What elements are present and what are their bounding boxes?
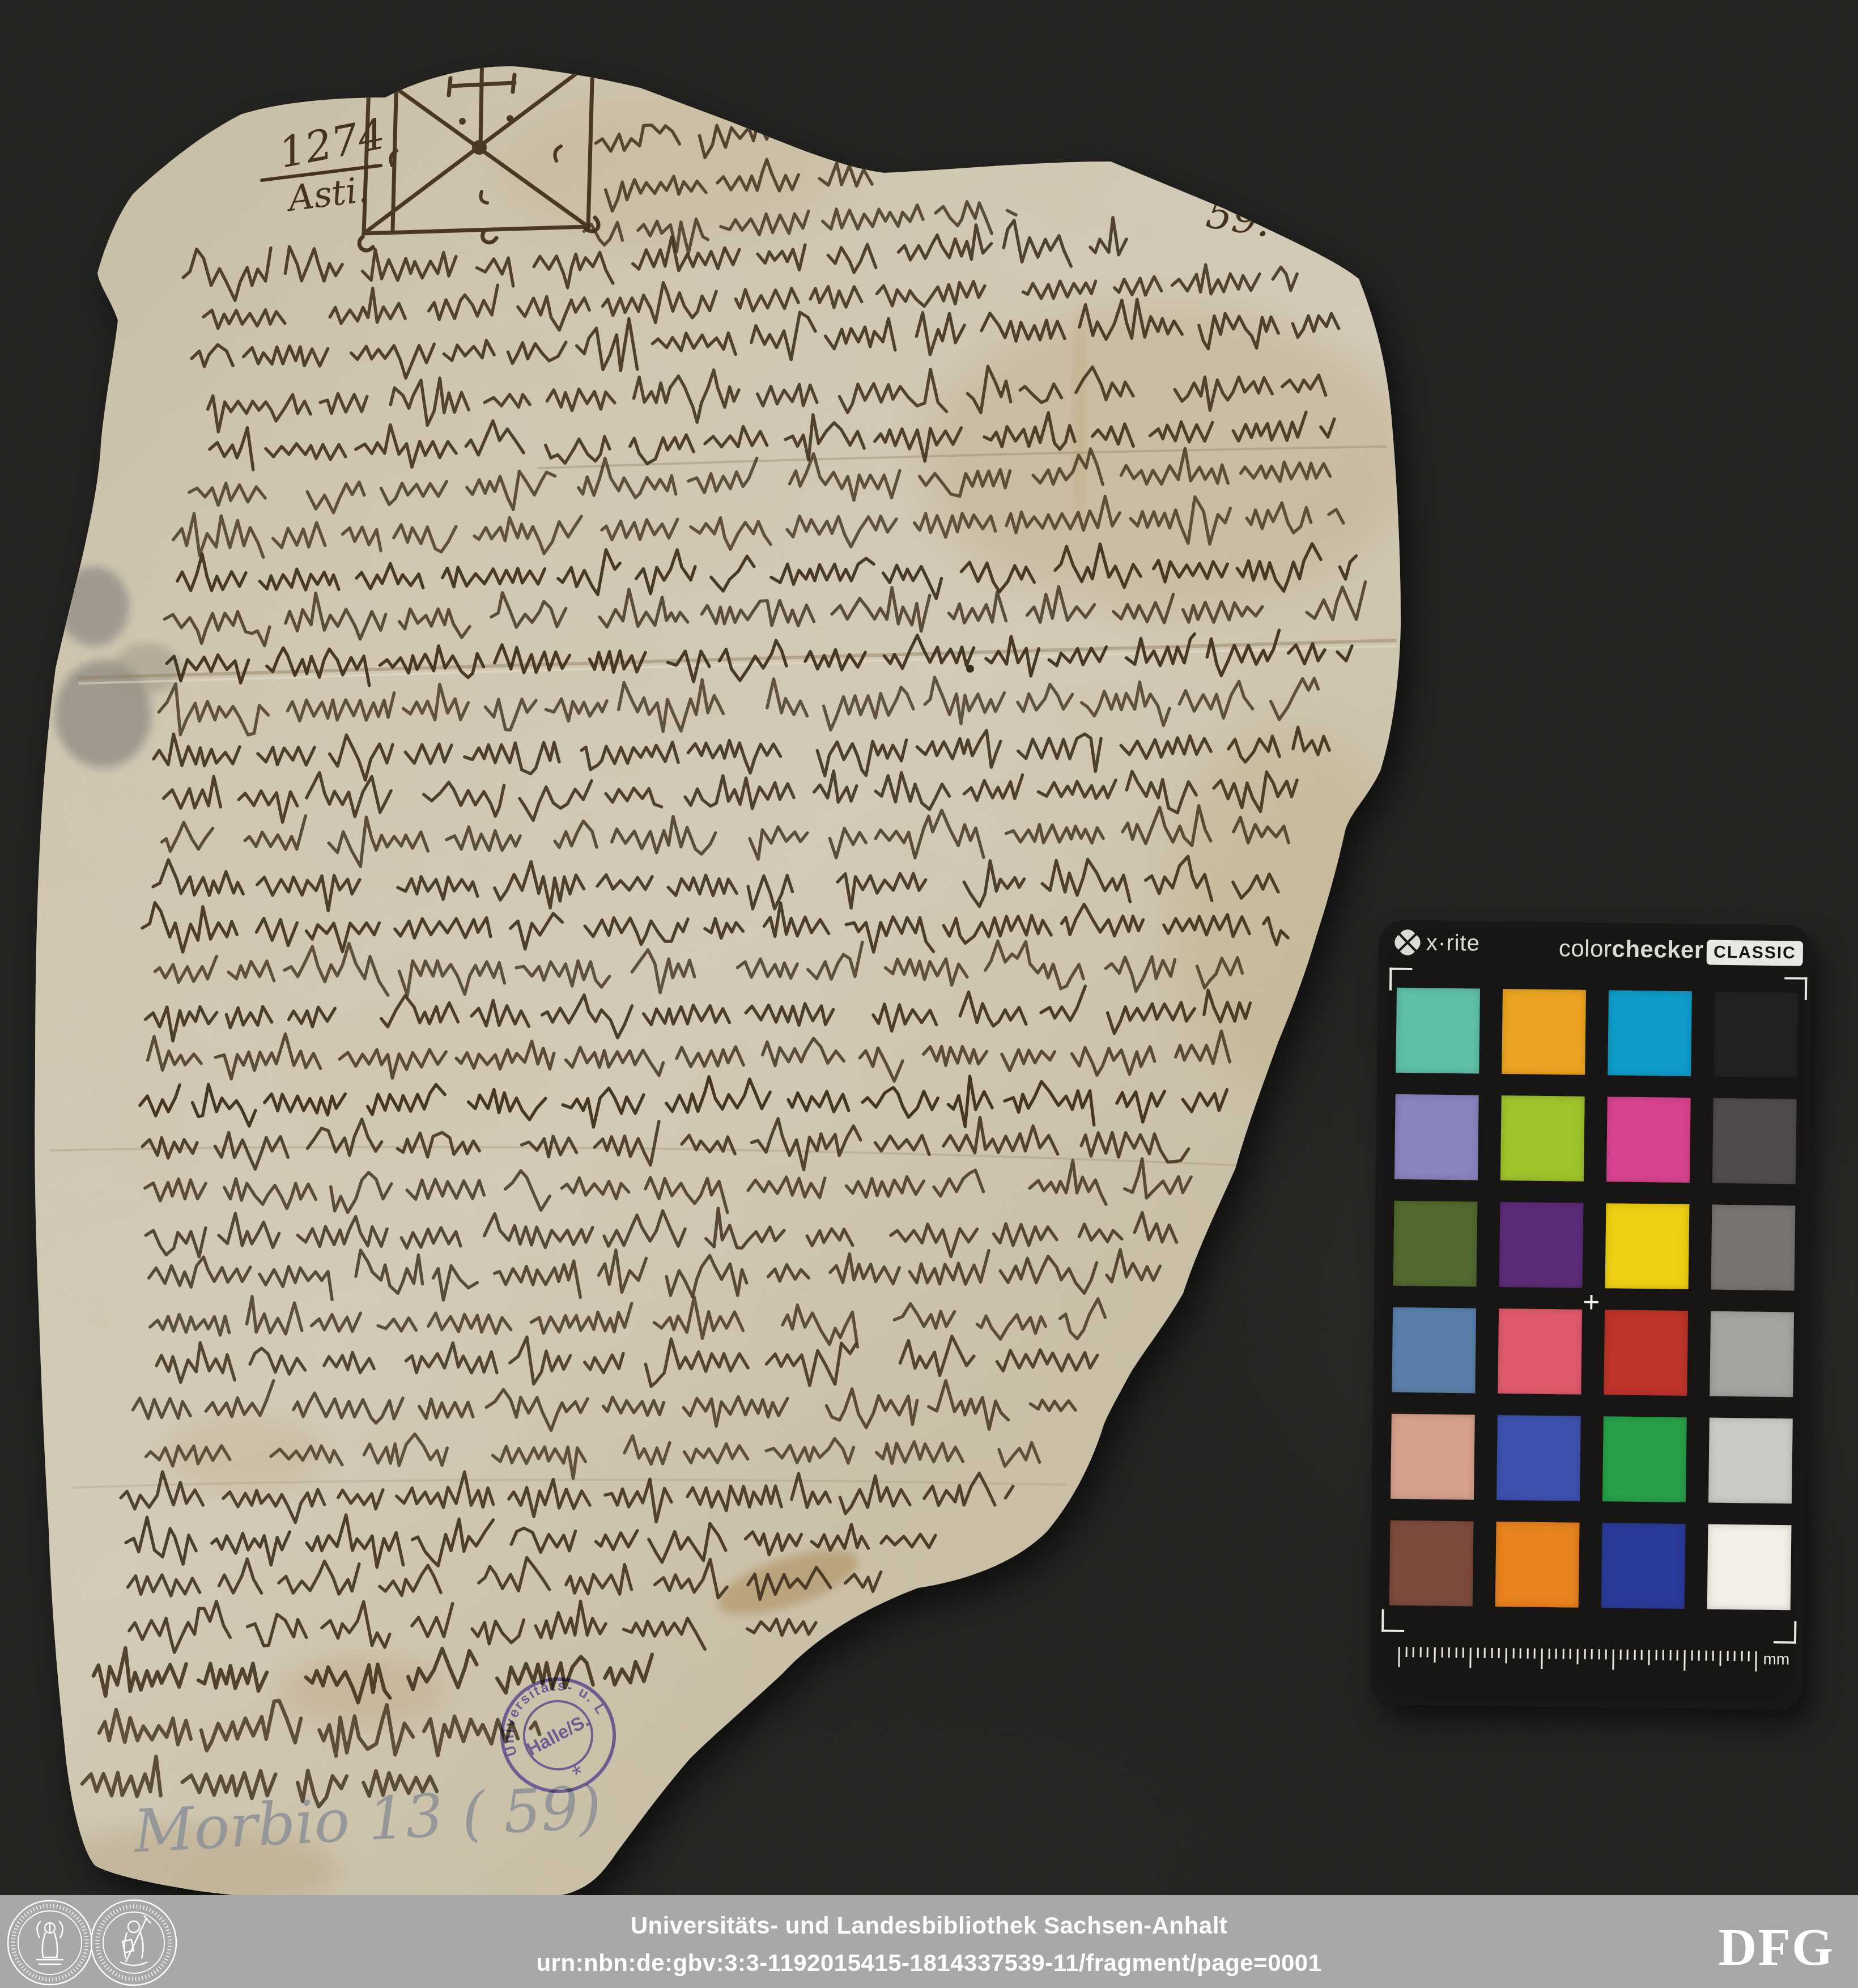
ruler-tick	[1498, 1648, 1500, 1658]
color-patch-r1c2	[1502, 989, 1586, 1075]
color-patch-r5c2	[1496, 1415, 1581, 1501]
color-patch-r4c4	[1710, 1311, 1794, 1397]
ruler-tick	[1505, 1648, 1507, 1663]
ruler-tick	[1612, 1650, 1614, 1670]
ruler-tick	[1527, 1649, 1528, 1659]
xrite-logo: x·rite	[1394, 929, 1480, 957]
ruler-tick	[1548, 1649, 1550, 1659]
ruler-tick	[1698, 1650, 1700, 1660]
ruler-tick	[1719, 1651, 1721, 1666]
ruler-tick	[1584, 1649, 1585, 1659]
ruler-tick	[1691, 1650, 1693, 1660]
ruler-tick	[1484, 1648, 1486, 1658]
ruler-tick	[1627, 1650, 1629, 1660]
color-patch-r2c3	[1606, 1097, 1691, 1183]
colorchecker-title-light: color	[1559, 934, 1612, 962]
color-patch-r4c2	[1498, 1309, 1582, 1395]
color-patch-r5c1	[1391, 1414, 1475, 1500]
ruler-tick	[1469, 1647, 1471, 1668]
colorchecker-title: colorchecker	[1559, 934, 1704, 963]
university-seal-left-icon	[6, 1898, 94, 1987]
parchment-surface-details: 1274 Asti. 59. Morbio 13 ( 59) Universit…	[35, 43, 1411, 1915]
ruler-tick	[1520, 1649, 1521, 1659]
ruler-tick	[1755, 1651, 1757, 1672]
ruler-tick	[1448, 1647, 1450, 1658]
digitized-manuscript-page: 1274 Asti. 59. Morbio 13 ( 59) Universit…	[0, 0, 1858, 1988]
ruler-tick	[1405, 1647, 1407, 1657]
ruler-tick	[1727, 1651, 1728, 1661]
color-patch-r6c4	[1707, 1524, 1792, 1611]
ruler-tick	[1441, 1647, 1443, 1658]
registration-bracket-bottom-right	[1774, 1621, 1796, 1643]
library-name: Universitäts- und Landesbibliothek Sachs…	[306, 1912, 1553, 1939]
ruler-tick	[1683, 1650, 1685, 1671]
ruler-tick	[1648, 1650, 1649, 1665]
color-patch-r2c1	[1394, 1094, 1479, 1180]
ruler-tick	[1576, 1649, 1578, 1664]
ruler-tick	[1534, 1649, 1536, 1659]
ruler-tick	[1562, 1649, 1564, 1659]
ruler-tick	[1741, 1651, 1742, 1661]
color-patch-r6c3	[1601, 1523, 1686, 1609]
ruler-tick	[1398, 1647, 1400, 1667]
classic-badge: CLASSIC	[1707, 940, 1803, 966]
ruler-tick	[1634, 1650, 1635, 1660]
metadata-footer-bar: Universitäts- und Landesbibliothek Sachs…	[0, 1895, 1858, 1988]
university-seal-right-icon	[90, 1898, 178, 1987]
ruler-tick	[1663, 1650, 1664, 1660]
color-patch-r3c1	[1393, 1201, 1478, 1287]
ruler-tick	[1555, 1649, 1557, 1659]
color-patch-r4c1	[1392, 1307, 1476, 1394]
ruler-tick	[1705, 1651, 1707, 1661]
color-patch-r6c2	[1495, 1522, 1580, 1608]
color-patch-r4c3	[1604, 1310, 1688, 1396]
dfg-logo: DFG	[1719, 1917, 1834, 1978]
ruler-unit-label: mm	[1763, 1650, 1789, 1669]
color-patch-r1c4	[1714, 992, 1798, 1078]
ruler-tick	[1655, 1650, 1657, 1660]
colorchecker-header: x·rite colorchecker CLASSIC	[1379, 920, 1813, 970]
ruler-tick	[1677, 1650, 1678, 1660]
ruler-tick	[1669, 1650, 1671, 1660]
ruler-tick	[1427, 1647, 1428, 1658]
ruler-tick	[1641, 1650, 1643, 1660]
color-patch-r3c3	[1605, 1203, 1690, 1289]
color-patch-r1c3	[1608, 990, 1692, 1076]
ruler-tick	[1598, 1649, 1600, 1659]
ruler-tick	[1413, 1647, 1414, 1657]
color-patch-r5c4	[1708, 1418, 1793, 1504]
ruler-tick	[1712, 1651, 1714, 1661]
xrite-x-icon	[1394, 929, 1421, 956]
color-patch-r2c2	[1500, 1095, 1585, 1182]
color-patch-r1c1	[1396, 988, 1480, 1074]
ruler-tick	[1748, 1651, 1750, 1661]
color-patch-r6c1	[1389, 1520, 1474, 1607]
ruler-tick	[1541, 1649, 1542, 1669]
registration-bracket-bottom-left	[1381, 1609, 1404, 1632]
ruler-tick	[1491, 1648, 1493, 1658]
center-cross-mark: +	[1583, 1285, 1600, 1319]
footer-text-block: Universitäts- und Landesbibliothek Sachs…	[306, 1895, 1553, 1977]
ruler-tick	[1734, 1651, 1736, 1661]
colorchecker-card: x·rite colorchecker CLASSIC + mm	[1370, 920, 1813, 1710]
xrite-brand-text: x·rite	[1426, 930, 1480, 956]
color-patch-r2c4	[1712, 1098, 1797, 1184]
mm-ruler	[1398, 1647, 1761, 1676]
ruler-tick	[1512, 1648, 1514, 1658]
urn-identifier: urn:nbn:de:gbv:3:3-1192015415-1814337539…	[306, 1949, 1553, 1977]
color-patch-r3c4	[1711, 1205, 1796, 1291]
ruler-tick	[1619, 1650, 1621, 1660]
ruler-tick	[1591, 1649, 1593, 1659]
ruler-tick	[1462, 1647, 1464, 1658]
ruler-tick	[1605, 1649, 1607, 1659]
color-patch-r5c3	[1602, 1416, 1687, 1502]
annotation-margin-number: 59.	[1203, 189, 1274, 247]
color-patch-r3c2	[1499, 1202, 1584, 1288]
ruler-tick	[1419, 1647, 1421, 1657]
ruler-tick	[1455, 1647, 1457, 1658]
ruler-tick	[1477, 1648, 1478, 1658]
colorchecker-title-bold: checker	[1612, 935, 1704, 963]
ruler-tick	[1570, 1649, 1571, 1659]
ruler-tick	[1434, 1647, 1435, 1663]
